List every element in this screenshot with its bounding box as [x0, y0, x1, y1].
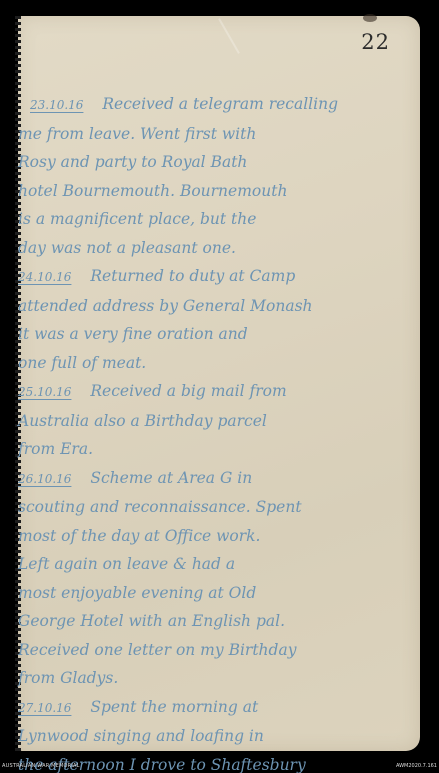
entry-text: Spent the morning at: [90, 698, 258, 716]
page-number: 22: [361, 30, 390, 54]
entry-date: 27.10.16: [18, 701, 71, 715]
entry-line: scouting and reconnaissance. Spent: [18, 493, 410, 522]
entry-line: one full of meat.: [18, 349, 410, 378]
entry-line: attended address by General Monash: [18, 292, 410, 321]
entry-line: 24.10.16 Returned to duty at Camp: [18, 262, 410, 292]
entry-text: Received a telegram recalling: [102, 95, 338, 113]
institution-credit: AUSTRALIAN WAR MEMORIAL: [2, 763, 80, 769]
entry-line: it was a very fine oration and: [18, 320, 410, 349]
entry-date: 23.10.16: [30, 98, 83, 112]
entry-line: hotel Bournemouth. Bournemouth: [18, 177, 410, 206]
entry-text: Received a big mail from: [90, 382, 286, 400]
entry-line: 26.10.16 Scheme at Area G in: [18, 464, 410, 494]
entry-line: George Hotel with an English pal.: [18, 607, 410, 636]
entry-line: 25.10.16 Received a big mail from: [18, 377, 410, 407]
accession-number: AWM2020.7.161: [396, 763, 437, 769]
entry-line: is a magnificent place, but the: [18, 205, 410, 234]
entry-line: Lynwood singing and loafing in: [18, 722, 410, 751]
entry-line: 27.10.16 Spent the morning at: [18, 693, 410, 723]
entry-line: the afternoon I drove to Shaftesbury: [18, 751, 410, 773]
entry-line: most of the day at Office work.: [18, 522, 410, 551]
entry-line: me from leave. Went first with: [18, 120, 410, 149]
entry-date: 26.10.16: [18, 472, 71, 486]
paper-crease: [218, 18, 240, 54]
entry-line: most enjoyable evening at Old: [18, 579, 410, 608]
diary-page: 22 23.10.16 Received a telegram recallin…: [18, 16, 420, 751]
entry-date: 25.10.16: [18, 385, 71, 399]
entry-text: Returned to duty at Camp: [90, 267, 295, 285]
entry-date: 24.10.16: [18, 270, 71, 284]
entry-line: day was not a pleasant one.: [18, 234, 410, 263]
entry-line: from Era.: [18, 435, 410, 464]
entry-text: Scheme at Area G in: [90, 469, 252, 487]
entry-line: Australia also a Birthday parcel: [18, 407, 410, 436]
entry-line: Rosy and party to Royal Bath: [18, 148, 410, 177]
entry-line: from Gladys.: [18, 664, 410, 693]
diary-entries: 23.10.16 Received a telegram recalling m…: [18, 90, 410, 773]
entry-line: Received one letter on my Birthday: [18, 636, 410, 665]
entry-line: Left again on leave & had a: [18, 550, 410, 579]
ink-blot: [363, 14, 377, 22]
entry-line: 23.10.16 Received a telegram recalling: [18, 90, 410, 120]
